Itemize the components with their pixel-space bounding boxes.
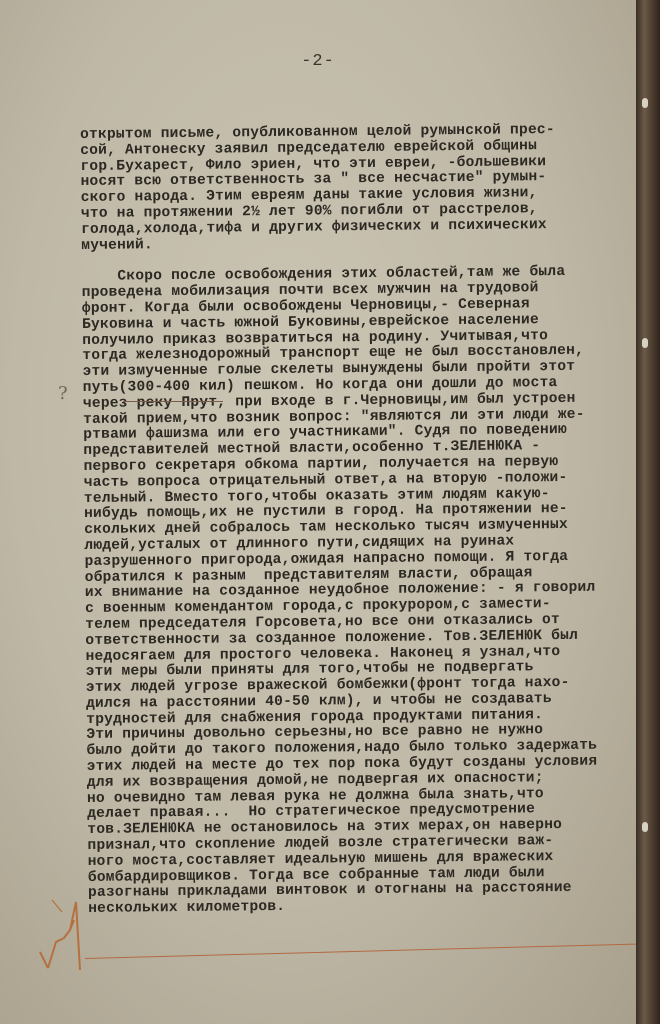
red-pencil-underline [85, 943, 645, 959]
book-binding-edge [636, 0, 660, 1024]
document-page: -2- ? открытом письме, опубликованном це… [0, 0, 636, 1024]
paragraph-1: открытом письме, опубликованном целой ру… [80, 122, 631, 254]
text-line: нескольких километров. [88, 896, 638, 918]
binding-hole [642, 822, 648, 832]
document-body: открытом письме, опубликованном целой ру… [80, 122, 638, 918]
page-number: -2- [0, 52, 636, 71]
red-pencil-underline-300-400 [123, 401, 223, 402]
binding-hole [642, 98, 648, 108]
binding-hole [642, 338, 648, 348]
handwritten-margin-mark-icon [30, 890, 90, 980]
paragraph-2: Скоро после освобождения этих областей,т… [81, 265, 638, 918]
margin-question-mark: ? [58, 383, 68, 404]
